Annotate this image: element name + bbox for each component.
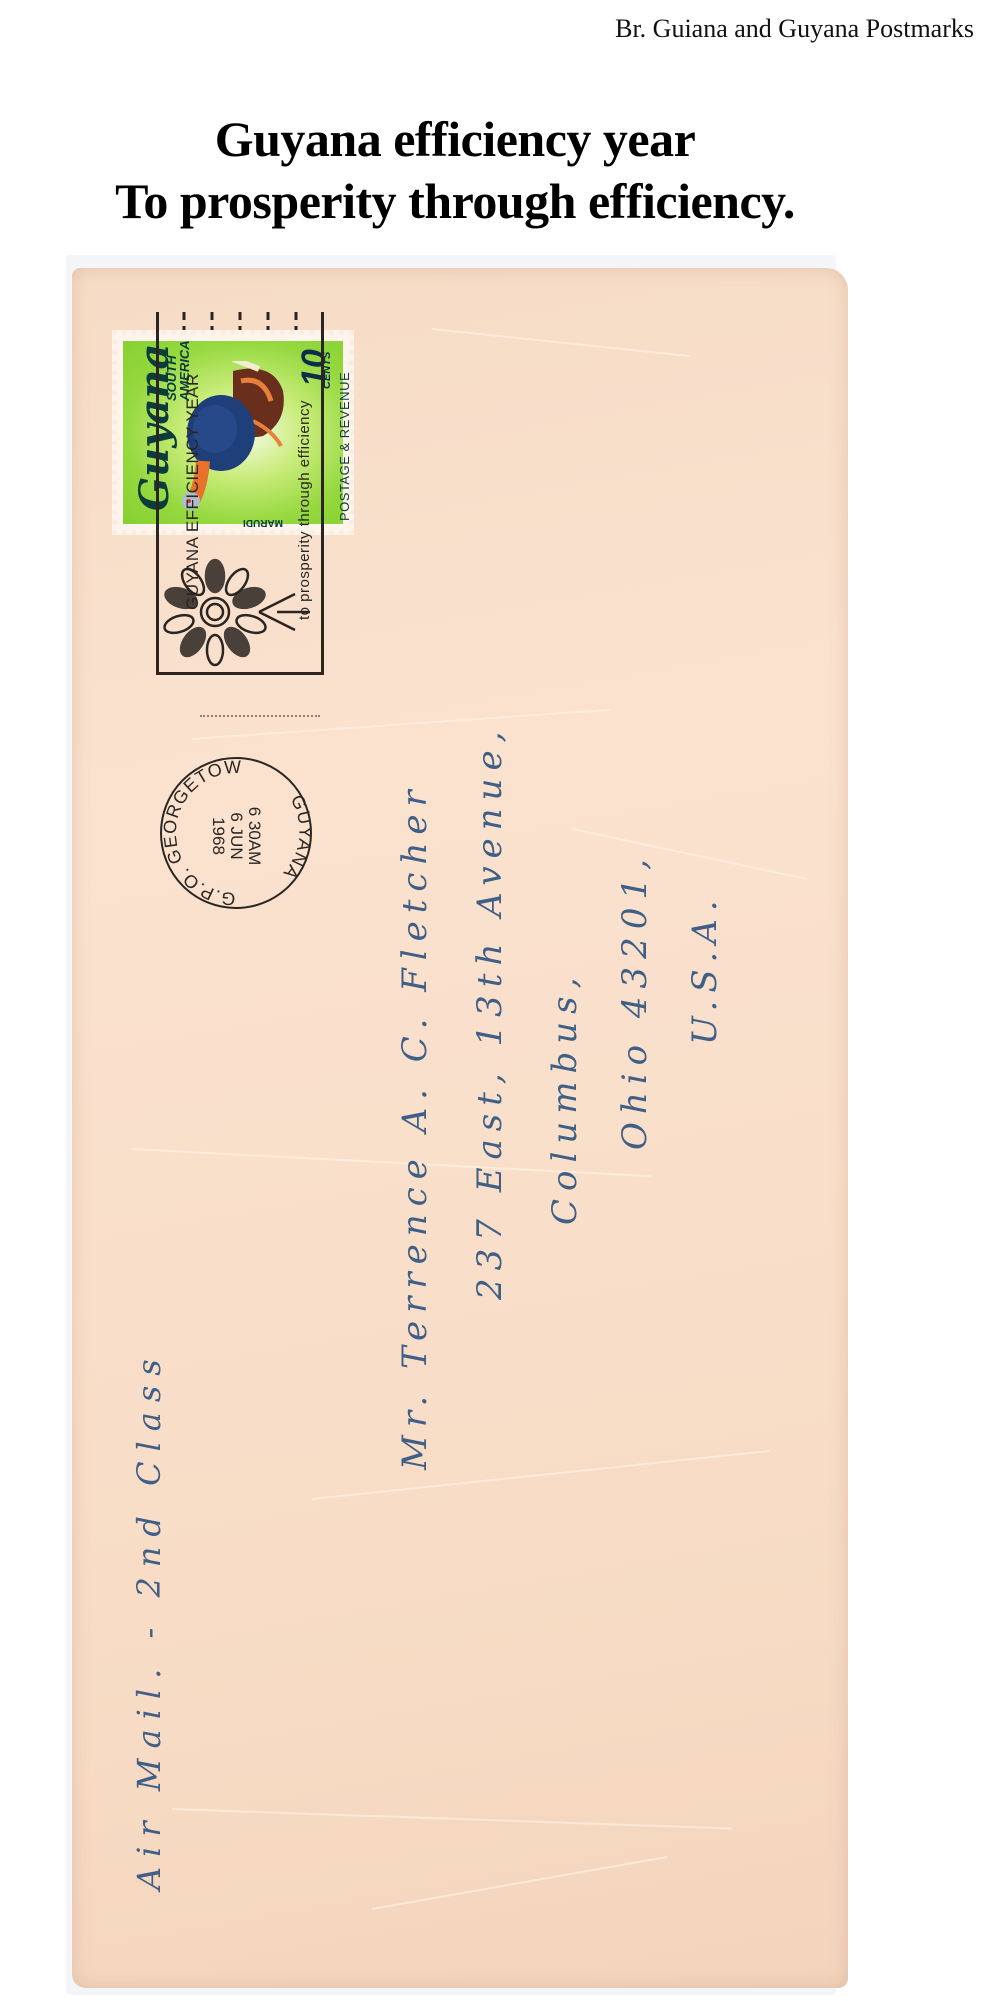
georgetown-datestamp: G.P.O. GEORGETOWN GUYANA 6 30AM 6 JUN 19… (160, 757, 312, 909)
datestamp-time: 6 30AM (245, 776, 263, 896)
address-line-3: Columbus, (545, 970, 585, 1225)
title-line-1: Guyana efficiency year (50, 108, 860, 170)
flower-emblem-icon (160, 555, 310, 670)
address-line-5: U.S.A. (685, 892, 725, 1045)
datestamp-year: 1968 (209, 776, 227, 896)
address-line-1: Mr. Terrence A. C. Fletcher (395, 782, 435, 1470)
title-line-2: To prosperity through efficiency. (50, 170, 860, 232)
datestamp-date-block: 6 30AM 6 JUN 1968 (209, 776, 263, 896)
stamp-inscription: POSTAGE & REVENUE (337, 372, 352, 521)
cancel-smudge (200, 715, 320, 723)
page-title: Guyana efficiency year To prosperity thr… (50, 108, 860, 232)
address-line-4: Ohio 43201, (615, 851, 655, 1150)
airmail-endorsement: Air Mail. - 2nd Class (130, 1349, 168, 1890)
svg-text:GUYANA: GUYANA (279, 792, 310, 884)
datestamp-date: 6 JUN (227, 776, 245, 896)
album-page-header: Br. Guiana and Guyana Postmarks (615, 14, 974, 44)
address-line-2: 237 East, 13th Avenue, (470, 724, 510, 1300)
datestamp-country: GUYANA (279, 792, 310, 884)
